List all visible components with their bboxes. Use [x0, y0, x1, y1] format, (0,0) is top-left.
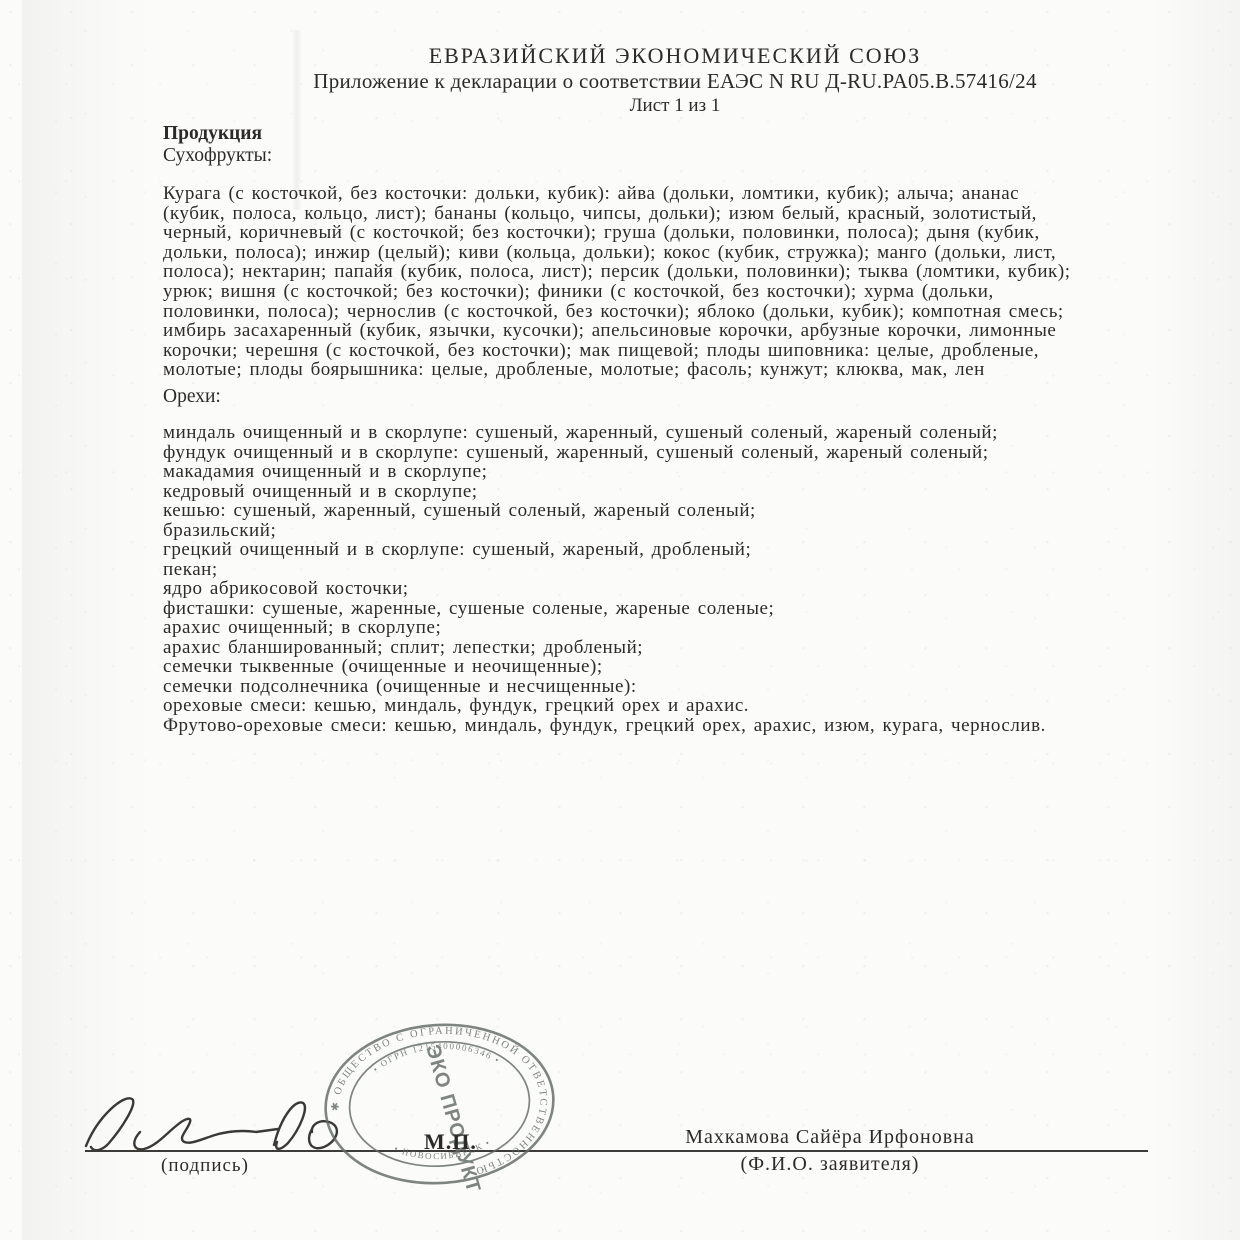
applicant-name: Махкамова Сайёра Ирфоновна: [630, 1126, 1030, 1149]
list-line: кешью: сушеный, жаренный, сушеный солены…: [163, 501, 1173, 521]
company-stamp: ✱ ОБЩЕСТВО С ОГРАНИЧЕННОЙ ОТВЕТСТВЕННОСТ…: [322, 1018, 557, 1190]
applicant-caption: (Ф.И.О. заявителя): [630, 1153, 1030, 1176]
list-line: бразильский;: [163, 521, 1173, 541]
paragraph-line: полоса); нектарин; папайя (кубик, полоса…: [163, 262, 1173, 282]
handwritten-signature: [78, 1088, 348, 1163]
dried-fruits-paragraph: Курага (с косточкой, без косточки: дольк…: [163, 184, 1173, 380]
list-line: грецкий очищенный и в скорлупе: сушеный,…: [163, 540, 1173, 560]
scanned-declaration-page: ЕВРАЗИЙСКИЙ ЭКОНОМИЧЕСКИЙ СОЮЗ Приложени…: [0, 0, 1240, 1240]
paragraph-line: корочки; черешня (с косточкой, без косто…: [163, 341, 1173, 361]
paragraph-line: черный, коричневый (с косточкой; без кос…: [163, 223, 1173, 243]
paragraph-line: половинки, полоса); чернослив (с косточк…: [163, 302, 1173, 322]
section-subtitle-nuts: Орехи:: [163, 386, 1173, 408]
document-header: ЕВРАЗИЙСКИЙ ЭКОНОМИЧЕСКИЙ СОЮЗ Приложени…: [160, 44, 1190, 116]
union-title: ЕВРАЗИЙСКИЙ ЭКОНОМИЧЕСКИЙ СОЮЗ: [160, 44, 1190, 68]
sheet-number: Лист 1 из 1: [160, 95, 1190, 116]
list-line: Фрутово-ореховые смеси: кешью, миндаль, …: [163, 716, 1173, 736]
stamp-place-label: М.П.: [424, 1129, 477, 1155]
list-line: семечки подсолнечника (очищенные и несчи…: [163, 677, 1173, 697]
nuts-list: миндаль очищенный и в скорлупе: сушеный,…: [163, 423, 1173, 735]
paragraph-line: урюк; вишня (с косточкой; без косточки);…: [163, 282, 1173, 302]
paragraph-line: дольки, полоса); инжир (целый); киви (ко…: [163, 243, 1173, 263]
stamp-center-text: ЭКО ПРОДУКТ: [421, 1042, 484, 1190]
list-line: ореховые смеси: кешью, миндаль, фундук, …: [163, 696, 1173, 716]
signature-caption: (подпись): [120, 1155, 290, 1177]
list-line: пекан;: [163, 560, 1173, 580]
list-line: фундук очищенный и в скорлупе: сушеный, …: [163, 443, 1173, 463]
scan-noise-band: [22, 0, 152, 1240]
section-title-products: Продукция: [163, 123, 1173, 145]
list-line: кедровый очищенный и в скорлупе;: [163, 482, 1173, 502]
list-line: арахис очищенный; в скорлупе;: [163, 618, 1173, 638]
list-line: арахис бланшированный; сплит; лепестки; …: [163, 638, 1173, 658]
list-line: фисташки: сушеные, жаренные, сушеные сол…: [163, 599, 1173, 619]
paragraph-line: Курага (с косточкой, без косточки: дольк…: [163, 184, 1173, 204]
list-line: ядро абрикосовой косточки;: [163, 579, 1173, 599]
list-line: миндаль очищенный и в скорлупе: сушеный,…: [163, 423, 1173, 443]
section-subtitle-dried-fruits: Сухофрукты:: [163, 145, 1173, 167]
list-line: семечки тыквенные (очищенные и неочищенн…: [163, 657, 1173, 677]
paragraph-line: молотые; плоды боярышника: целые, дробле…: [163, 360, 1173, 380]
declaration-annex-title: Приложение к декларации о соответствии Е…: [160, 70, 1190, 93]
list-line: макадамия очищенный и в скорлупе;: [163, 462, 1173, 482]
paragraph-line: (кубик, полоса, кольцо, лист); бананы (к…: [163, 204, 1173, 224]
paragraph-line: имбирь засахаренный (кубик, язычки, кусо…: [163, 321, 1173, 341]
